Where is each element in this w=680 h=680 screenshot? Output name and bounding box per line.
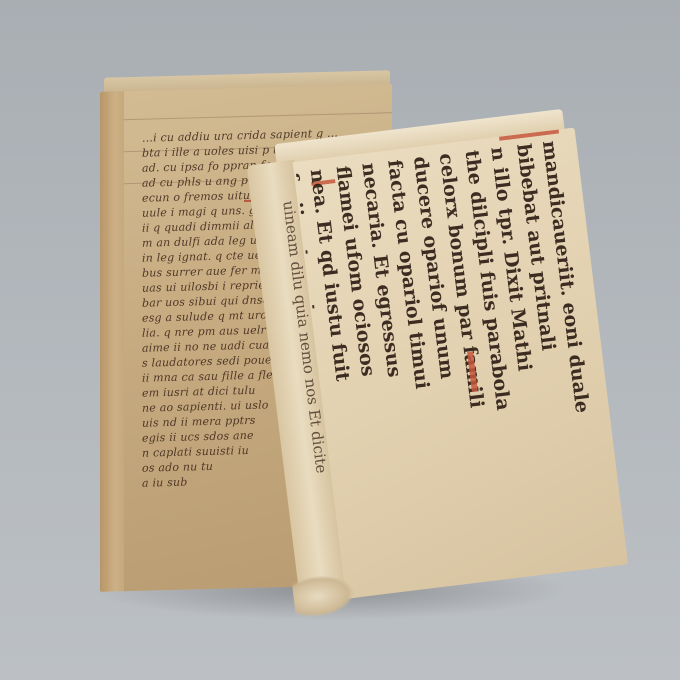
right-book-cover: mandicaueriit. eoni duale bibebat aut pr… <box>293 128 629 599</box>
photo-scene: ...i cu addiu ura crida sapient g ... bt… <box>0 0 680 680</box>
left-book-spine <box>100 91 126 592</box>
right-book-manuscript-text: mandicaueriit. eoni duale bibebat aut pr… <box>296 139 613 589</box>
torn-corner <box>291 572 355 619</box>
right-book: uineam dilu quia nemo nos Et dicite mand… <box>245 116 628 609</box>
